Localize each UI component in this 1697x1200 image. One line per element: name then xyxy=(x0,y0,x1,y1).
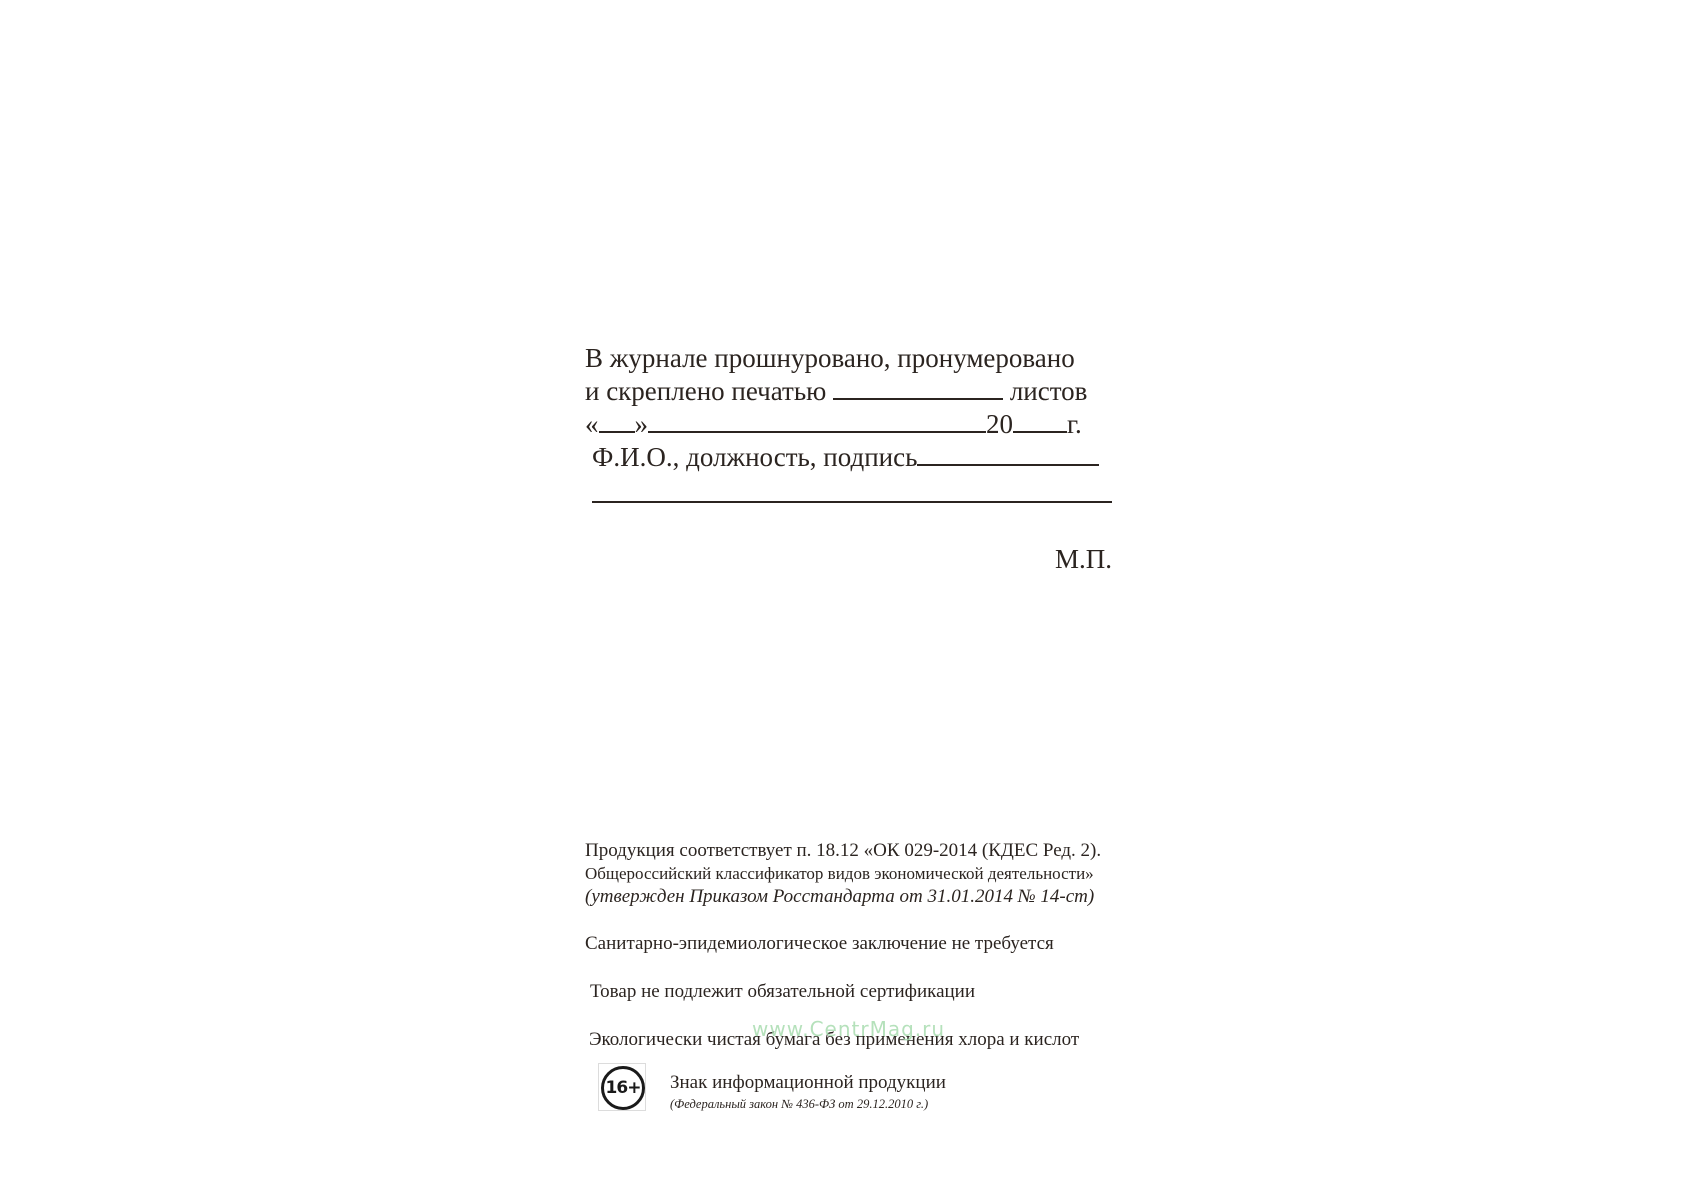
seal-label-text: М.П. xyxy=(1055,544,1112,574)
stamp-line-4-signature: Ф.И.О., должность, подпись xyxy=(592,442,1099,473)
age-16-plus-icon: 16+ xyxy=(601,1066,645,1110)
signature-label: Ф.И.О., должность, подпись xyxy=(592,442,917,472)
stamp-line-3-date: «»20г. xyxy=(585,409,1082,440)
year-blank xyxy=(1013,430,1067,433)
seal-label: М.П. xyxy=(1055,544,1112,575)
sanitary-note-text: Санитарно-эпидемиологическое заключение … xyxy=(585,933,1054,954)
classification-line-2: Общероссийский классификатор видов эконо… xyxy=(585,864,1094,884)
sheets-label-suffix: листов xyxy=(1010,376,1088,406)
day-blank xyxy=(599,430,635,433)
stamp-line-1: В журнале прошнуровано, пронумеровано xyxy=(585,343,1075,374)
watermark: www.CentrMag.ru xyxy=(752,1017,945,1041)
classification-line-2-text: Общероссийский классификатор видов эконо… xyxy=(585,864,1094,883)
stamp-line-2: и скреплено печатью листов xyxy=(585,376,1087,407)
sheets-label-prefix: и скреплено печатью xyxy=(585,376,826,406)
age-law-text: (Федеральный закон № 436-ФЗ от 29.12.201… xyxy=(670,1097,928,1111)
stamp-line-1-text: В журнале прошнуровано, пронумеровано xyxy=(585,343,1075,373)
classification-line-1-text: Продукция соответствует п. 18.12 «ОК 029… xyxy=(585,840,1101,861)
certification-note-text: Товар не подлежит обязательной сертифика… xyxy=(590,981,975,1002)
classification-line-3: (утвержден Приказом Росстандарта от 31.0… xyxy=(585,886,1094,908)
signature-line-2 xyxy=(592,501,1112,503)
certification-note: Товар не подлежит обязательной сертифика… xyxy=(590,981,975,1003)
close-quote: » xyxy=(635,409,649,439)
document-page: В журнале прошнуровано, пронумеровано и … xyxy=(0,0,1697,1200)
open-quote: « xyxy=(585,409,599,439)
classification-line-3-text: (утвержден Приказом Росстандарта от 31.0… xyxy=(585,886,1094,907)
year-prefix: 20 xyxy=(986,409,1013,439)
age-law: (Федеральный закон № 436-ФЗ от 29.12.201… xyxy=(670,1097,928,1112)
year-suffix: г. xyxy=(1067,409,1082,439)
sanitary-note: Санитарно-эпидемиологическое заключение … xyxy=(585,933,1054,955)
signature-blank xyxy=(917,463,1099,466)
age-rating-badge: 16+ xyxy=(598,1063,646,1111)
age-label: Знак информационной продукции xyxy=(670,1072,946,1094)
classification-line-1: Продукция соответствует п. 18.12 «ОК 029… xyxy=(585,840,1101,862)
sheets-count-blank xyxy=(833,397,1003,400)
age-badge-text: 16+ xyxy=(606,1078,641,1098)
month-blank xyxy=(648,430,986,433)
age-label-text: Знак информационной продукции xyxy=(670,1072,946,1093)
